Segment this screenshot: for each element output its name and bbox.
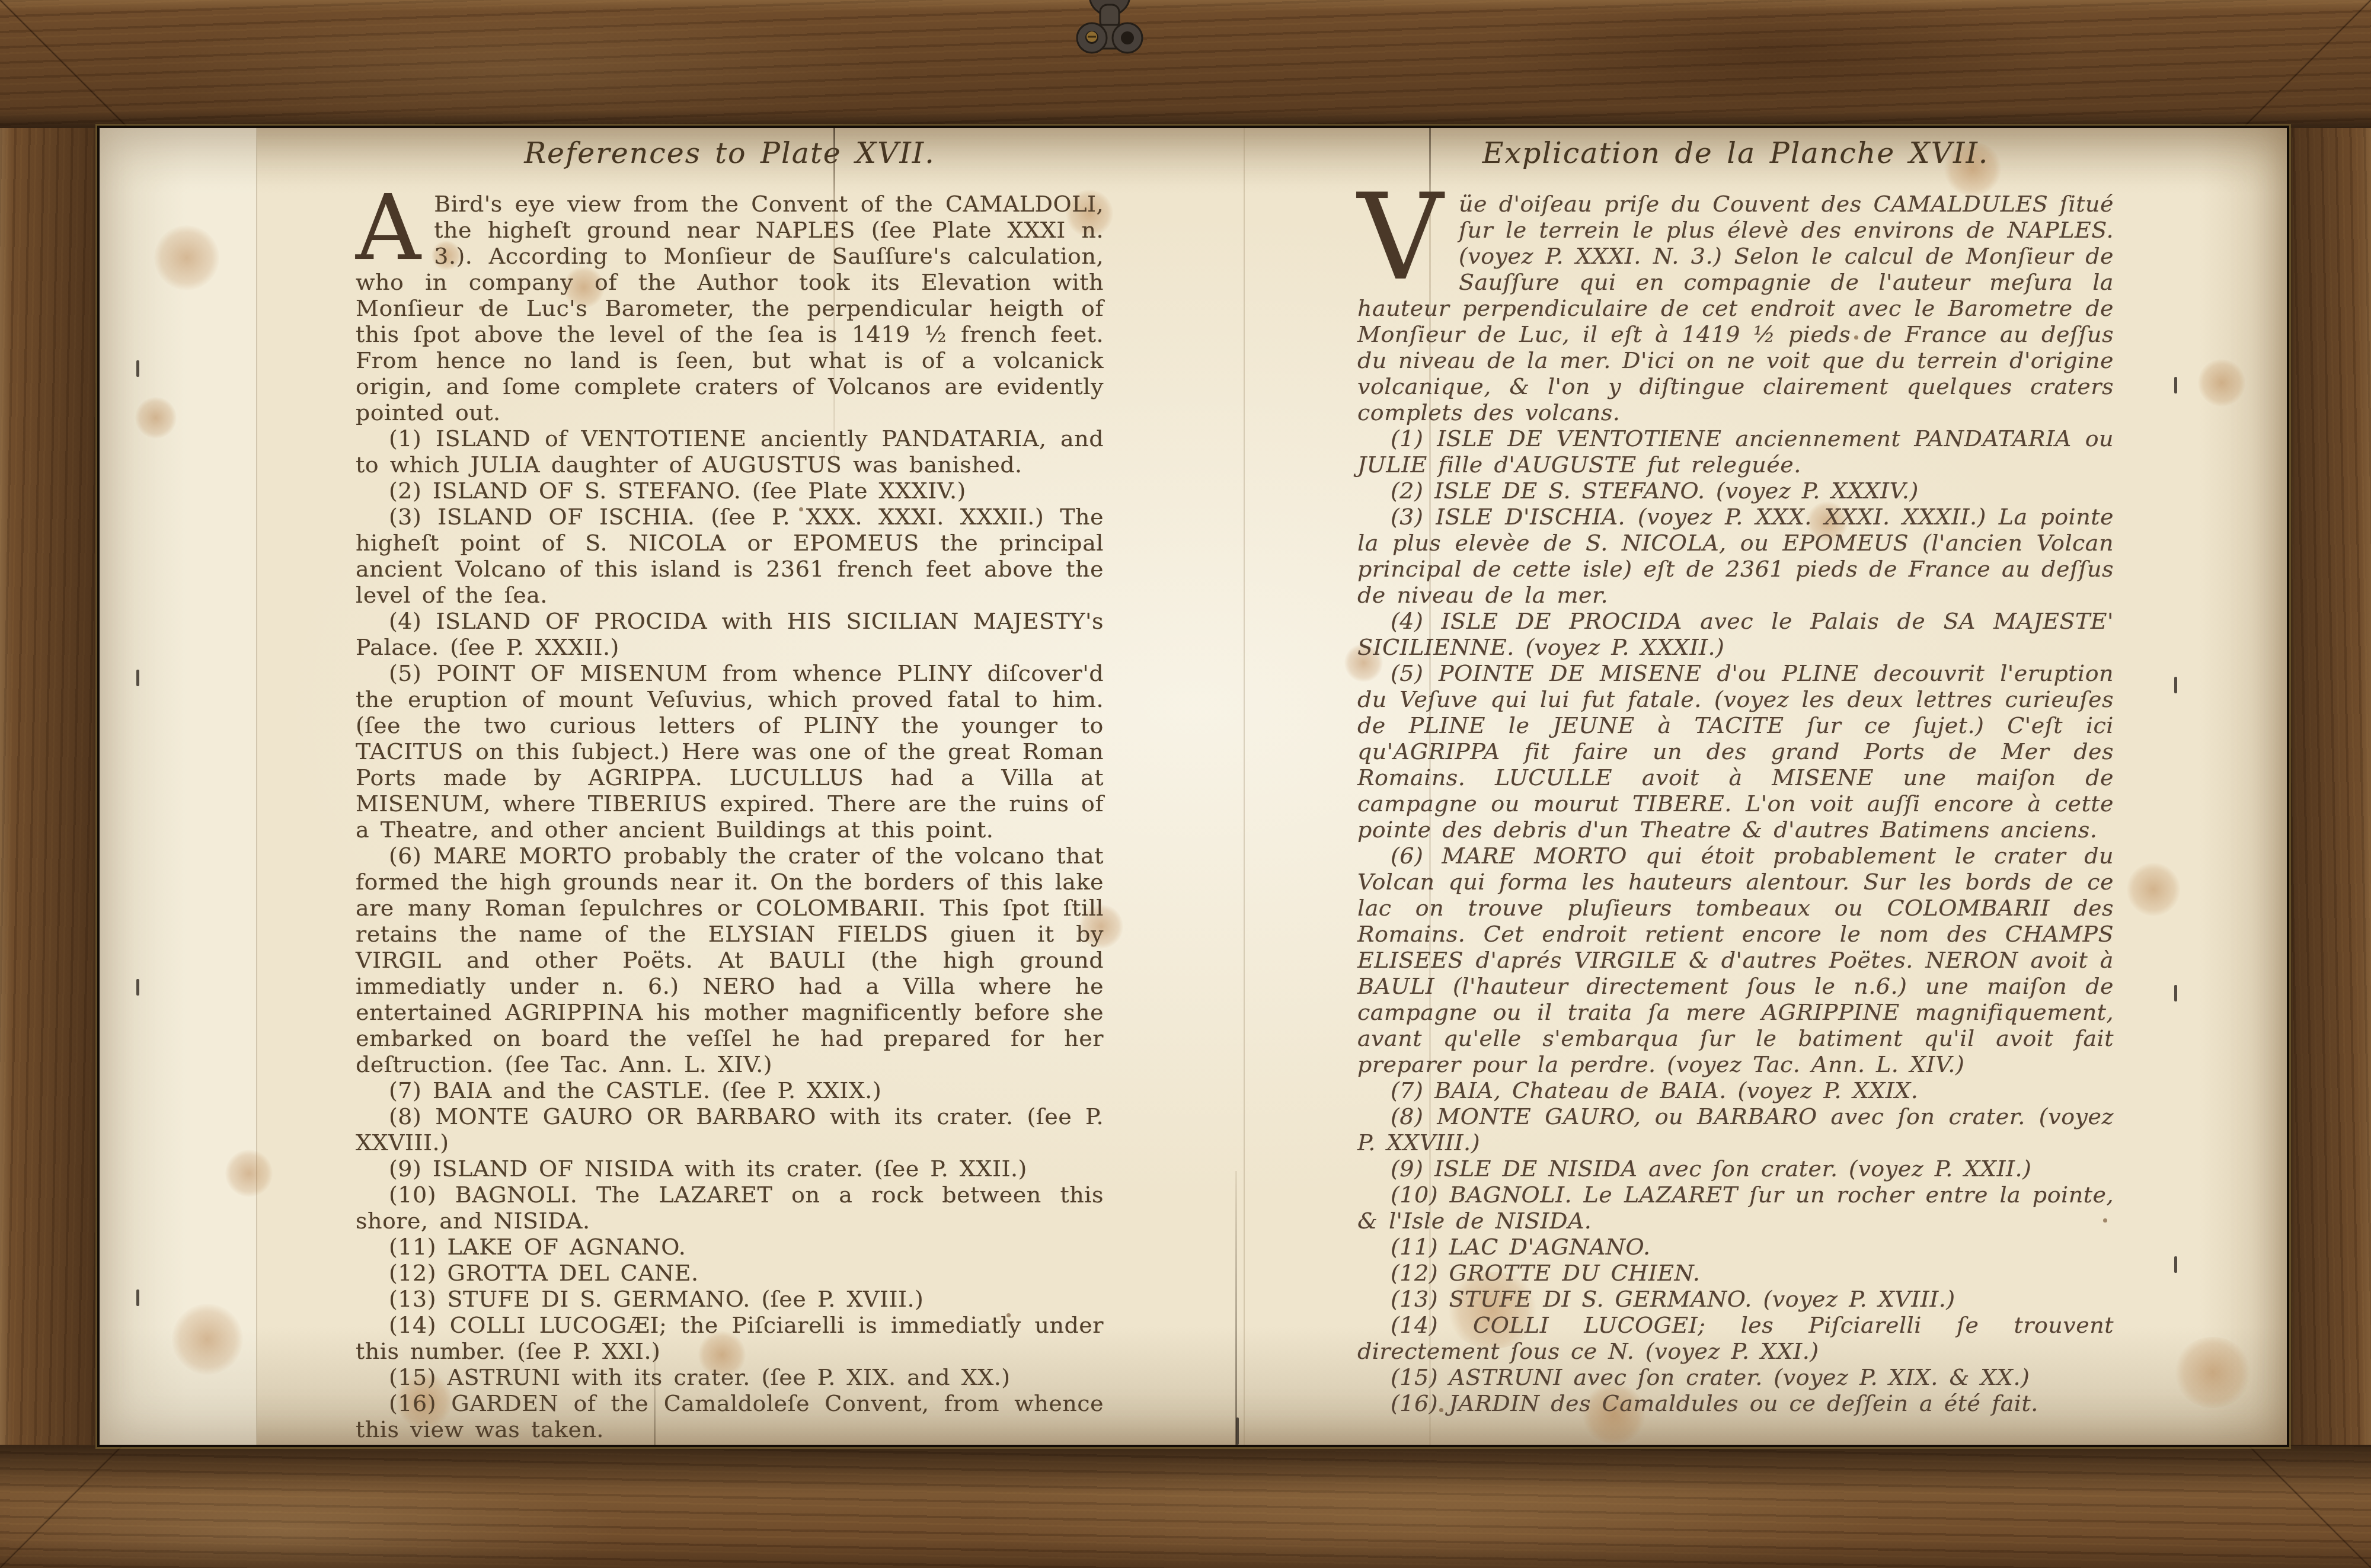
sheet-seam [1244, 128, 1245, 1445]
list-item: (9) ISLE DE NISIDA avec ſon crater. (voy… [1357, 1156, 2114, 1182]
foxing-stain [2198, 359, 2245, 407]
list-item: (6) MARE MORTO qui étoit probablement le… [1357, 843, 2114, 1077]
list-item: (1) ISLAND of VENTOTIENE anciently PANDA… [356, 425, 1104, 478]
list-item: (12) GROTTE DU CHIEN. [1357, 1260, 2114, 1286]
list-item: (12) GROTTA DEL CANE. [356, 1260, 1104, 1286]
list-item: (9) ISLAND OF NISIDA with its crater. (ſ… [356, 1156, 1104, 1182]
paper: References to Plate XVII. ABird's eye vi… [100, 128, 2287, 1445]
mounting-pin [136, 979, 139, 996]
mounting-pin [1236, 1417, 1239, 1445]
page-title-french: Explication de la Planche XVII. [1357, 136, 2114, 171]
mounting-pin [2174, 377, 2177, 393]
mounting-pin [2174, 1256, 2177, 1273]
hanging-clasp-icon [1071, 0, 1149, 60]
mounting-pin [2174, 985, 2177, 1001]
paper-crease [1235, 1171, 1237, 1445]
intro-paragraph: ABird's eye view from the Convent of the… [356, 191, 1104, 425]
mounting-pin [136, 360, 139, 377]
mount-edge [100, 128, 257, 1445]
list-item: (16) GARDEN of the Camaldoleſe Convent, … [356, 1390, 1104, 1442]
list-item: (8) MONTE GAURO, ou BARBARO avec ſon cra… [1357, 1103, 2114, 1156]
list-item: (3) ISLE D'ISCHIA. (voyez P. XXX. XXXI. … [1357, 504, 2114, 608]
framed-print: References to Plate XVII. ABird's eye vi… [0, 0, 2371, 1568]
list-item: (8) MONTE GAURO OR BARBARO with its crat… [356, 1103, 1104, 1156]
list-item: (10) BAGNOLI. The LAZARET on a rock betw… [356, 1182, 1104, 1234]
list-item: (1) ISLE DE VENTOTIENE anciennement PAND… [1357, 425, 2114, 478]
english-column: References to Plate XVII. ABird's eye vi… [356, 136, 1104, 1442]
mounting-pin [2174, 677, 2177, 693]
intro-text: üe d'oiſeau priſe du Couvent des CAMALDU… [1357, 191, 2114, 425]
list-item: (6) MARE MORTO probably the crater of th… [356, 843, 1104, 1077]
list-item: (2) ISLAND OF S. STEFANO. (ſee Plate XXX… [356, 478, 1104, 504]
list-item: (13) STUFE DI S. GERMANO. (ſee P. XVIII.… [356, 1286, 1104, 1312]
intro-paragraph: Vüe d'oiſeau priſe du Couvent des CAMALD… [1357, 191, 2114, 425]
list-item: (15) ASTRUNI with its crater. (ſee P. XI… [356, 1364, 1104, 1390]
drop-cap: A [356, 191, 434, 260]
list-item: (4) ISLE DE PROCIDA avec le Palais de SA… [1357, 608, 2114, 660]
drop-cap: V [1357, 191, 1459, 280]
list-item: (15) ASTRUNI avec ſon crater. (voyez P. … [1357, 1364, 2114, 1390]
list-item: (14) COLLI LUCOGEI; les Piſciarelli ſe t… [1357, 1312, 2114, 1364]
list-item: (3) ISLAND OF ISCHIA. (ſee P. XXX. XXXI.… [356, 504, 1104, 608]
list-item: (5) POINT OF MISENUM from whence PLINY d… [356, 660, 1104, 843]
foxing-stain [2174, 1337, 2251, 1408]
list-item: (13) STUFE DI S. GERMANO. (voyez P. XVII… [1357, 1286, 2114, 1312]
list-item: (11) LAKE OF AGNANO. [356, 1234, 1104, 1260]
list-item: (10) BAGNOLI. Le LAZARET ſur un rocher e… [1357, 1182, 2114, 1234]
page-title-english: References to Plate XVII. [356, 136, 1104, 171]
foxing-stain [2127, 863, 2180, 916]
list-item: (7) BAIA and the CASTLE. (ſee P. XXIX.) [356, 1077, 1104, 1103]
list-item: (11) LAC D'AGNANO. [1357, 1234, 2114, 1260]
mounting-pin [136, 1289, 139, 1306]
list-item: (4) ISLAND OF PROCIDA with HIS SICILIAN … [356, 608, 1104, 660]
list-item: (16) JARDIN des Camaldules ou ce deſſein… [1357, 1390, 2114, 1416]
frame-top [0, 0, 2371, 128]
frame-bottom [0, 1445, 2371, 1568]
list-item: (14) COLLI LUCOGÆI; the Piſciarelli is i… [356, 1312, 1104, 1364]
list-item: (5) POINTE DE MISENE d'ou PLINE decouvri… [1357, 660, 2114, 843]
frame-left [0, 128, 100, 1445]
frame-right [2287, 128, 2371, 1445]
list-item: (7) BAIA, Chateau de BAIA. (voyez P. XXI… [1357, 1077, 2114, 1103]
list-item: (2) ISLE DE S. STEFANO. (voyez P. XXXIV.… [1357, 478, 2114, 504]
french-column: Explication de la Planche XVII. Vüe d'oi… [1357, 136, 2114, 1416]
mounting-pin [136, 670, 139, 686]
intro-text: Bird's eye view from the Convent of the … [356, 191, 1104, 425]
